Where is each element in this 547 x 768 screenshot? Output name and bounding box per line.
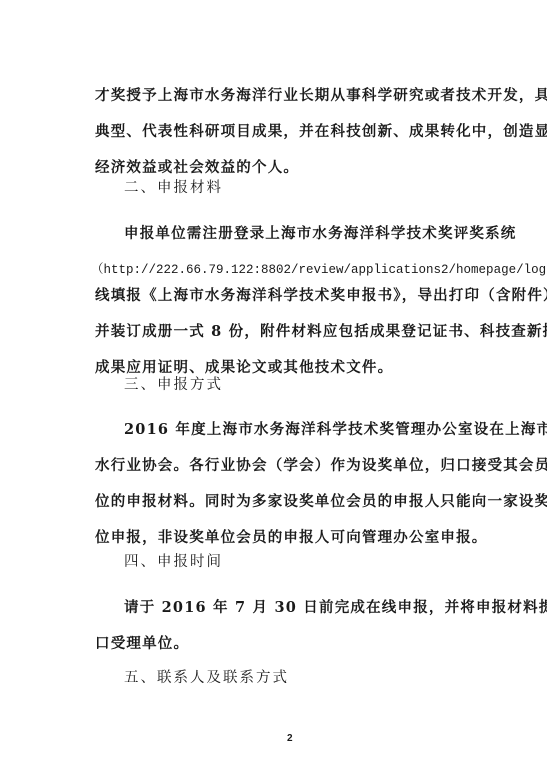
- intro-line: 才奖授予上海市水务海洋行业长期从事科学研究或者技术开发，具有: [95, 86, 547, 106]
- section-heading-contact: 五、联系人及联系方式: [124, 668, 289, 688]
- section-heading-method: 三、申报方式: [124, 375, 223, 395]
- method-line: 水行业协会。各行业协会（学会）作为设奖单位，归口接受其会员单: [95, 456, 547, 476]
- section-heading-materials: 二、申报材料: [124, 178, 223, 198]
- page-number: 2: [287, 733, 293, 744]
- system-url: （http://222.66.79.122:8802/review/applic…: [91, 260, 547, 280]
- time-line: 请于 2016 年 7 月 30 日前完成在线申报，并将申报材料提交至归: [124, 598, 547, 618]
- method-line: 位申报，非设奖单位会员的申报人可向管理办公室申报。: [95, 528, 488, 548]
- intro-line: 经济效益或社会效益的个人。: [95, 158, 299, 178]
- time-line: 口受理单位。: [95, 634, 189, 654]
- section-heading-time: 四、申报时间: [124, 552, 223, 572]
- method-line: 位的申报材料。同时为多家设奖单位会员的申报人只能向一家设奖单: [95, 492, 547, 512]
- materials-line: 申报单位需注册登录上海市水务海洋科学技术奖评奖系统: [124, 224, 517, 244]
- method-line: 2016 年度上海市水务海洋科学技术奖管理办公室设在上海市排: [124, 420, 547, 440]
- materials-line: 线填报《上海市水务海洋科学技术奖申报书》，导出打印（含附件）: [95, 286, 547, 306]
- materials-line: 并装订成册一式 8 份，附件材料应包括成果登记证书、科技查新报告、: [95, 322, 547, 342]
- intro-line: 典型、代表性科研项目成果，并在科技创新、成果转化中，创造显著: [95, 122, 547, 142]
